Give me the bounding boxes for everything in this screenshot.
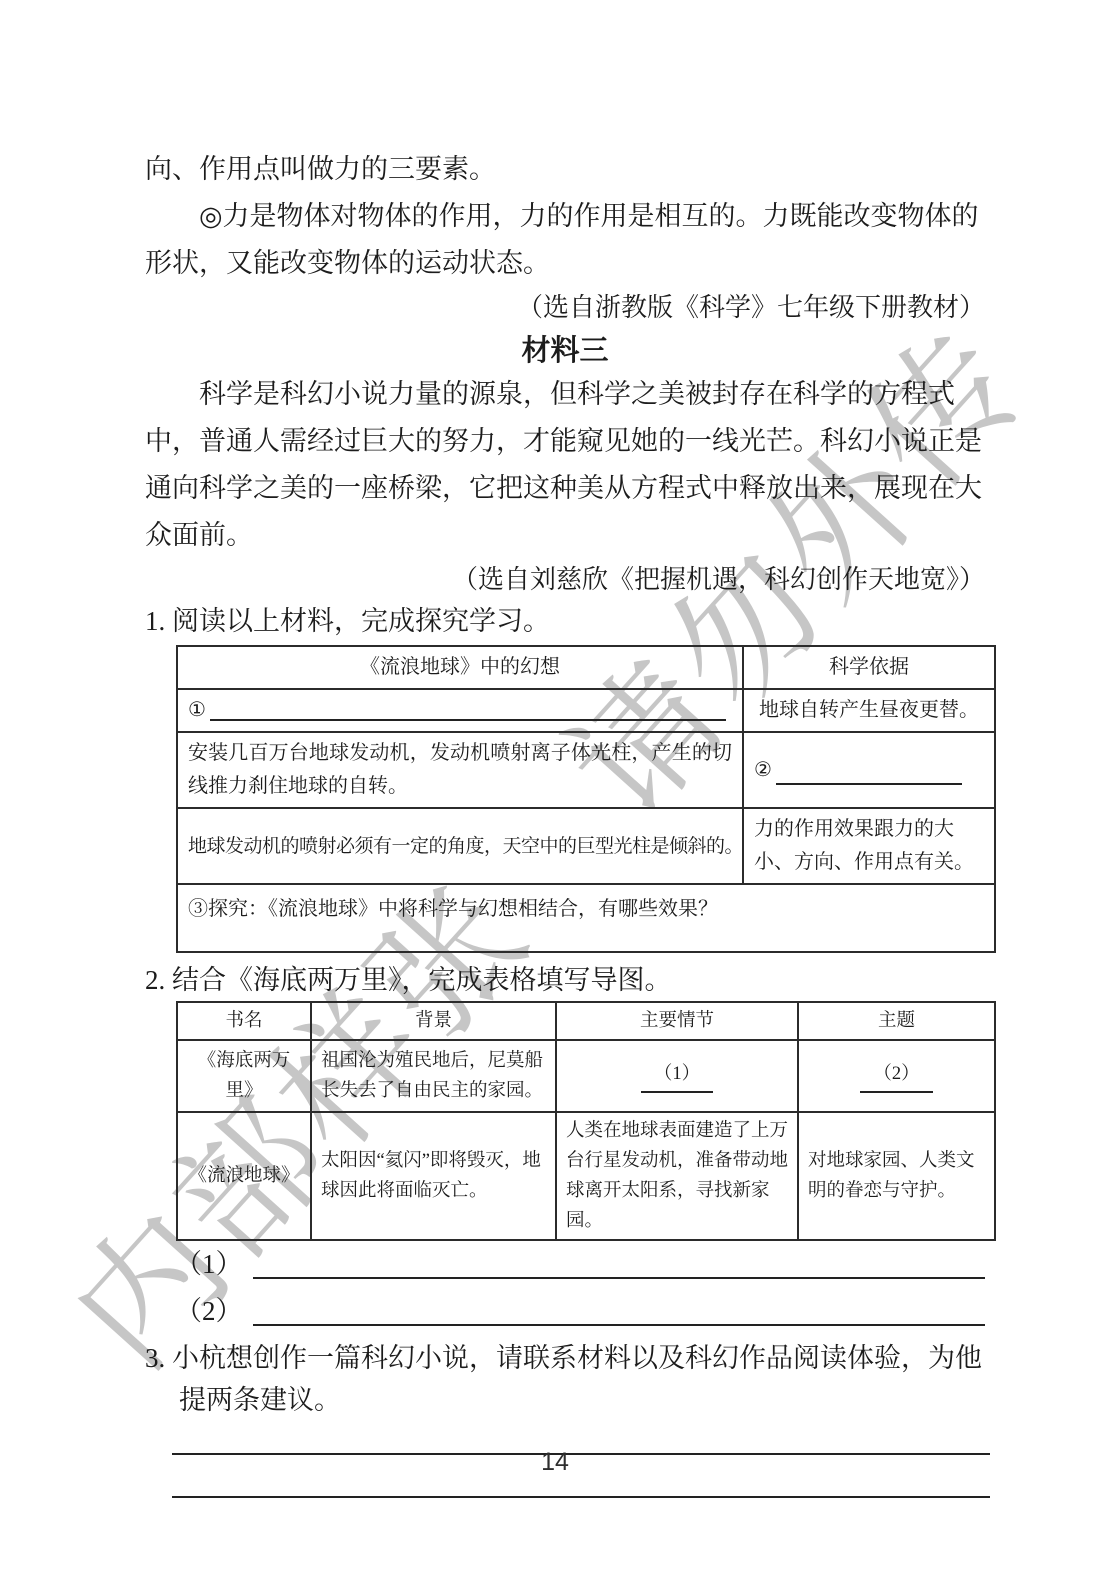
q2-row2-title: 《流浪地球》 [177,1112,311,1240]
question2-table: 书名 背景 主要情节 主题 《海底两万里》 祖国沦为殖民地后，尼莫船长失去了自由… [176,1001,996,1241]
answer-blank-2: （2） [175,1288,985,1335]
q1-row2-fantasy: 安装几百万台地球发动机，发动机喷射离子体光柱，产生的切线推力刹住地球的自转。 [177,732,743,808]
q1-row1-blank-cell: ① [177,689,743,732]
blank-theme-label: （2） [860,1059,932,1093]
q1-row4-explore: ③探究：《流浪地球》中将科学与幻想相结合，有哪些效果？ [177,884,995,952]
q2-row2-background: 太阳因“氦闪”即将毁灭，地球因此将面临灭亡。 [311,1112,556,1240]
worksheet-page: 内部样张 请勿外传 向、作用点叫做力的三要素。 ◎力是物体对物体的作用，力的作用… [0,0,1110,1571]
q1-row2-blank-cell: ② [743,732,995,808]
table-row: 《流浪地球》 太阳因“氦闪”即将毁灭，地球因此将面临灭亡。 人类在地球表面建造了… [177,1112,995,1240]
table-row: 书名 背景 主要情节 主题 [177,1002,995,1040]
table-row: ① 地球自转产生昼夜更替。 [177,689,995,732]
q2-row2-plot: 人类在地球表面建造了上万台行星发动机，准备带动地球离开太阳系，寻找新家园。 [556,1112,798,1240]
answer-blank-1-label: （1） [175,1241,243,1288]
q2-row1-plot-blank: （1） [556,1040,798,1112]
answer-blank-1-line [253,1241,986,1279]
q1-col2-header: 科学依据 [743,646,995,689]
answer-blank-2-label: （2） [175,1288,243,1335]
page-number: 14 [0,1448,1110,1477]
q1-col1-header: 《流浪地球》中的幻想 [177,646,743,689]
table-row: 《流浪地球》中的幻想 科学依据 [177,646,995,689]
blank-1-marker: ① [188,694,206,727]
q2-row1-background: 祖国沦为殖民地后，尼莫船长失去了自由民主的家园。 [311,1040,556,1112]
q1-row1-basis: 地球自转产生昼夜更替。 [743,689,995,732]
material3-source: （选自刘慈欣《把握机遇，科幻创作天地宽》） [145,559,985,601]
intro-line: 向、作用点叫做力的三要素。 [145,146,985,193]
blank-2-marker: ② [754,759,772,781]
question2-stem: 2. 结合《海底两万里》，完成表格填写导图。 [145,959,985,1001]
q2-header-background: 背景 [311,1002,556,1040]
intro-bullet-paragraph: ◎力是物体对物体的作用，力的作用是相互的。力既能改变物体的形状，又能改变物体的运… [145,193,985,287]
material3-paragraph: 科学是科幻小说力量的源泉，但科学之美被封存在科学的方程式中，普通人需经过巨大的努… [145,371,985,559]
question3-stem: 3. 小杭想创作一篇科幻小说，请联系材料以及科幻作品阅读体验，为他提两条建议。 [145,1337,985,1421]
q2-row1-title: 《海底两万里》 [177,1040,311,1112]
question1-stem: 1. 阅读以上材料，完成探究学习。 [145,601,985,641]
q1-row3-basis: 力的作用效果跟力的大小、方向、作用点有关。 [743,808,995,884]
answer-blank-2-line [253,1288,986,1326]
q2-header-theme: 主题 [798,1002,995,1040]
table-row: 《海底两万里》 祖国沦为殖民地后，尼莫船长失去了自由民主的家园。 （1） （2） [177,1040,995,1112]
table-row: ③探究：《流浪地球》中将科学与幻想相结合，有哪些效果？ [177,884,995,952]
page-content: 向、作用点叫做力的三要素。 ◎力是物体对物体的作用，力的作用是相互的。力既能改变… [145,146,985,1498]
answer-blank-1: （1） [175,1241,985,1288]
blank-1-line [210,719,726,721]
q2-row1-theme-blank: （2） [798,1040,995,1112]
intro-source: （选自浙教版《科学》七年级下册教材） [145,287,985,329]
table-row: 安装几百万台地球发动机，发动机喷射离子体光柱，产生的切线推力刹住地球的自转。 ② [177,732,995,808]
material3-heading: 材料三 [145,331,985,371]
q2-header-plot: 主要情节 [556,1002,798,1040]
q2-row2-theme: 对地球家园、人类文明的眷恋与守护。 [798,1112,995,1240]
blank-2-line [776,783,962,785]
q1-row3-fantasy: 地球发动机的喷射必须有一定的角度，天空中的巨型光柱是倾斜的。 [177,808,743,884]
q2-header-title: 书名 [177,1002,311,1040]
table-row: 地球发动机的喷射必须有一定的角度，天空中的巨型光柱是倾斜的。 力的作用效果跟力的… [177,808,995,884]
question1-table: 《流浪地球》中的幻想 科学依据 ① 地球自转产生昼夜更替。 安装几百万台地球发动… [176,645,996,953]
blank-plot-label: （1） [641,1059,713,1093]
